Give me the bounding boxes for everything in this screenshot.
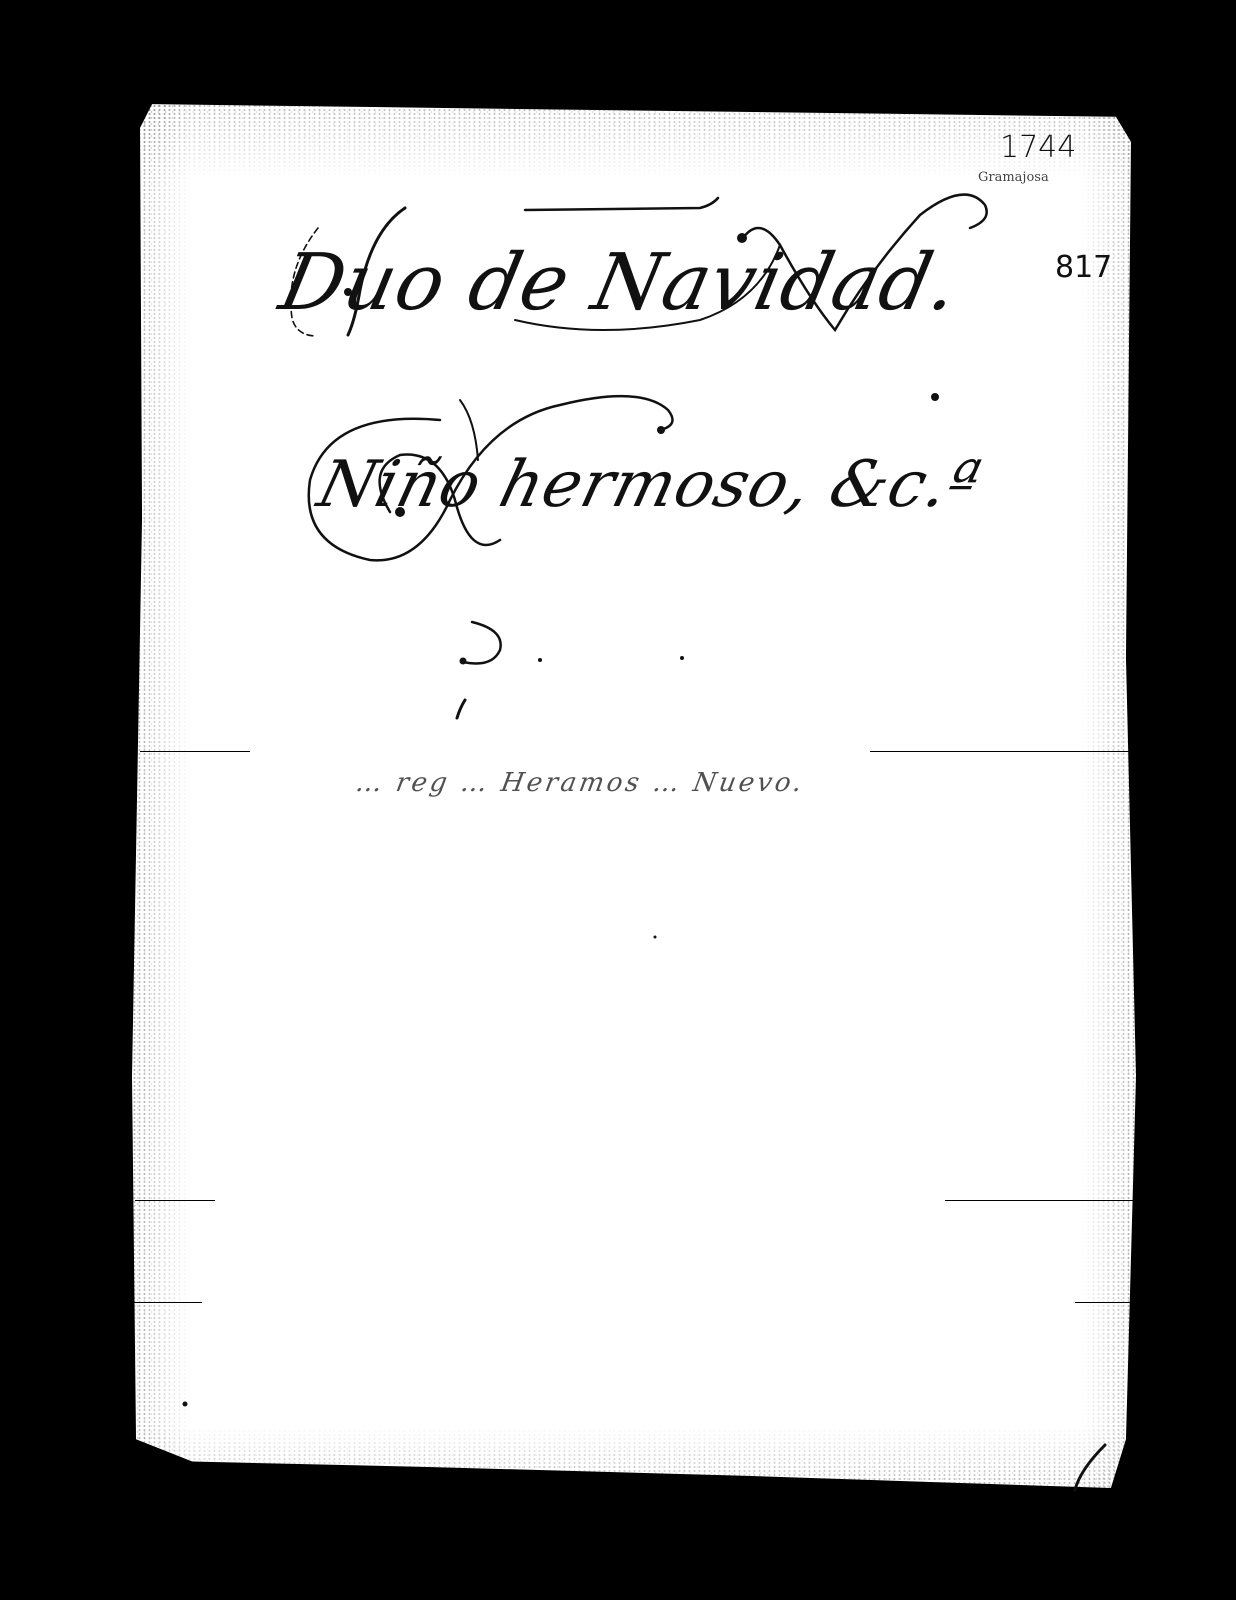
ruled-line-lower-right [1075,1302,1135,1303]
ruled-line-top-right [870,751,1135,752]
page-edge-texture-right [1081,100,1136,1495]
ruled-line-top-left [140,751,250,752]
document-subtitle: Niño hermoso, &c.ª [311,448,989,522]
ruled-line-middle-left [135,1200,215,1201]
place-label: Gramajosa [978,170,1049,185]
folio-number: 817 [1055,250,1112,285]
page-edge-texture-left [132,100,192,1495]
faint-handwritten-line: … reg … Heramos … Nuevo. [353,768,807,798]
ruled-line-middle-right [945,1200,1135,1201]
ruled-line-lower-left [132,1302,202,1303]
page-edge-texture-top [132,100,1136,180]
document-title: Duo de Navidad. [272,238,966,328]
document-year: 1744 [1000,130,1076,165]
page-edge-texture-bottom [132,1425,1136,1495]
